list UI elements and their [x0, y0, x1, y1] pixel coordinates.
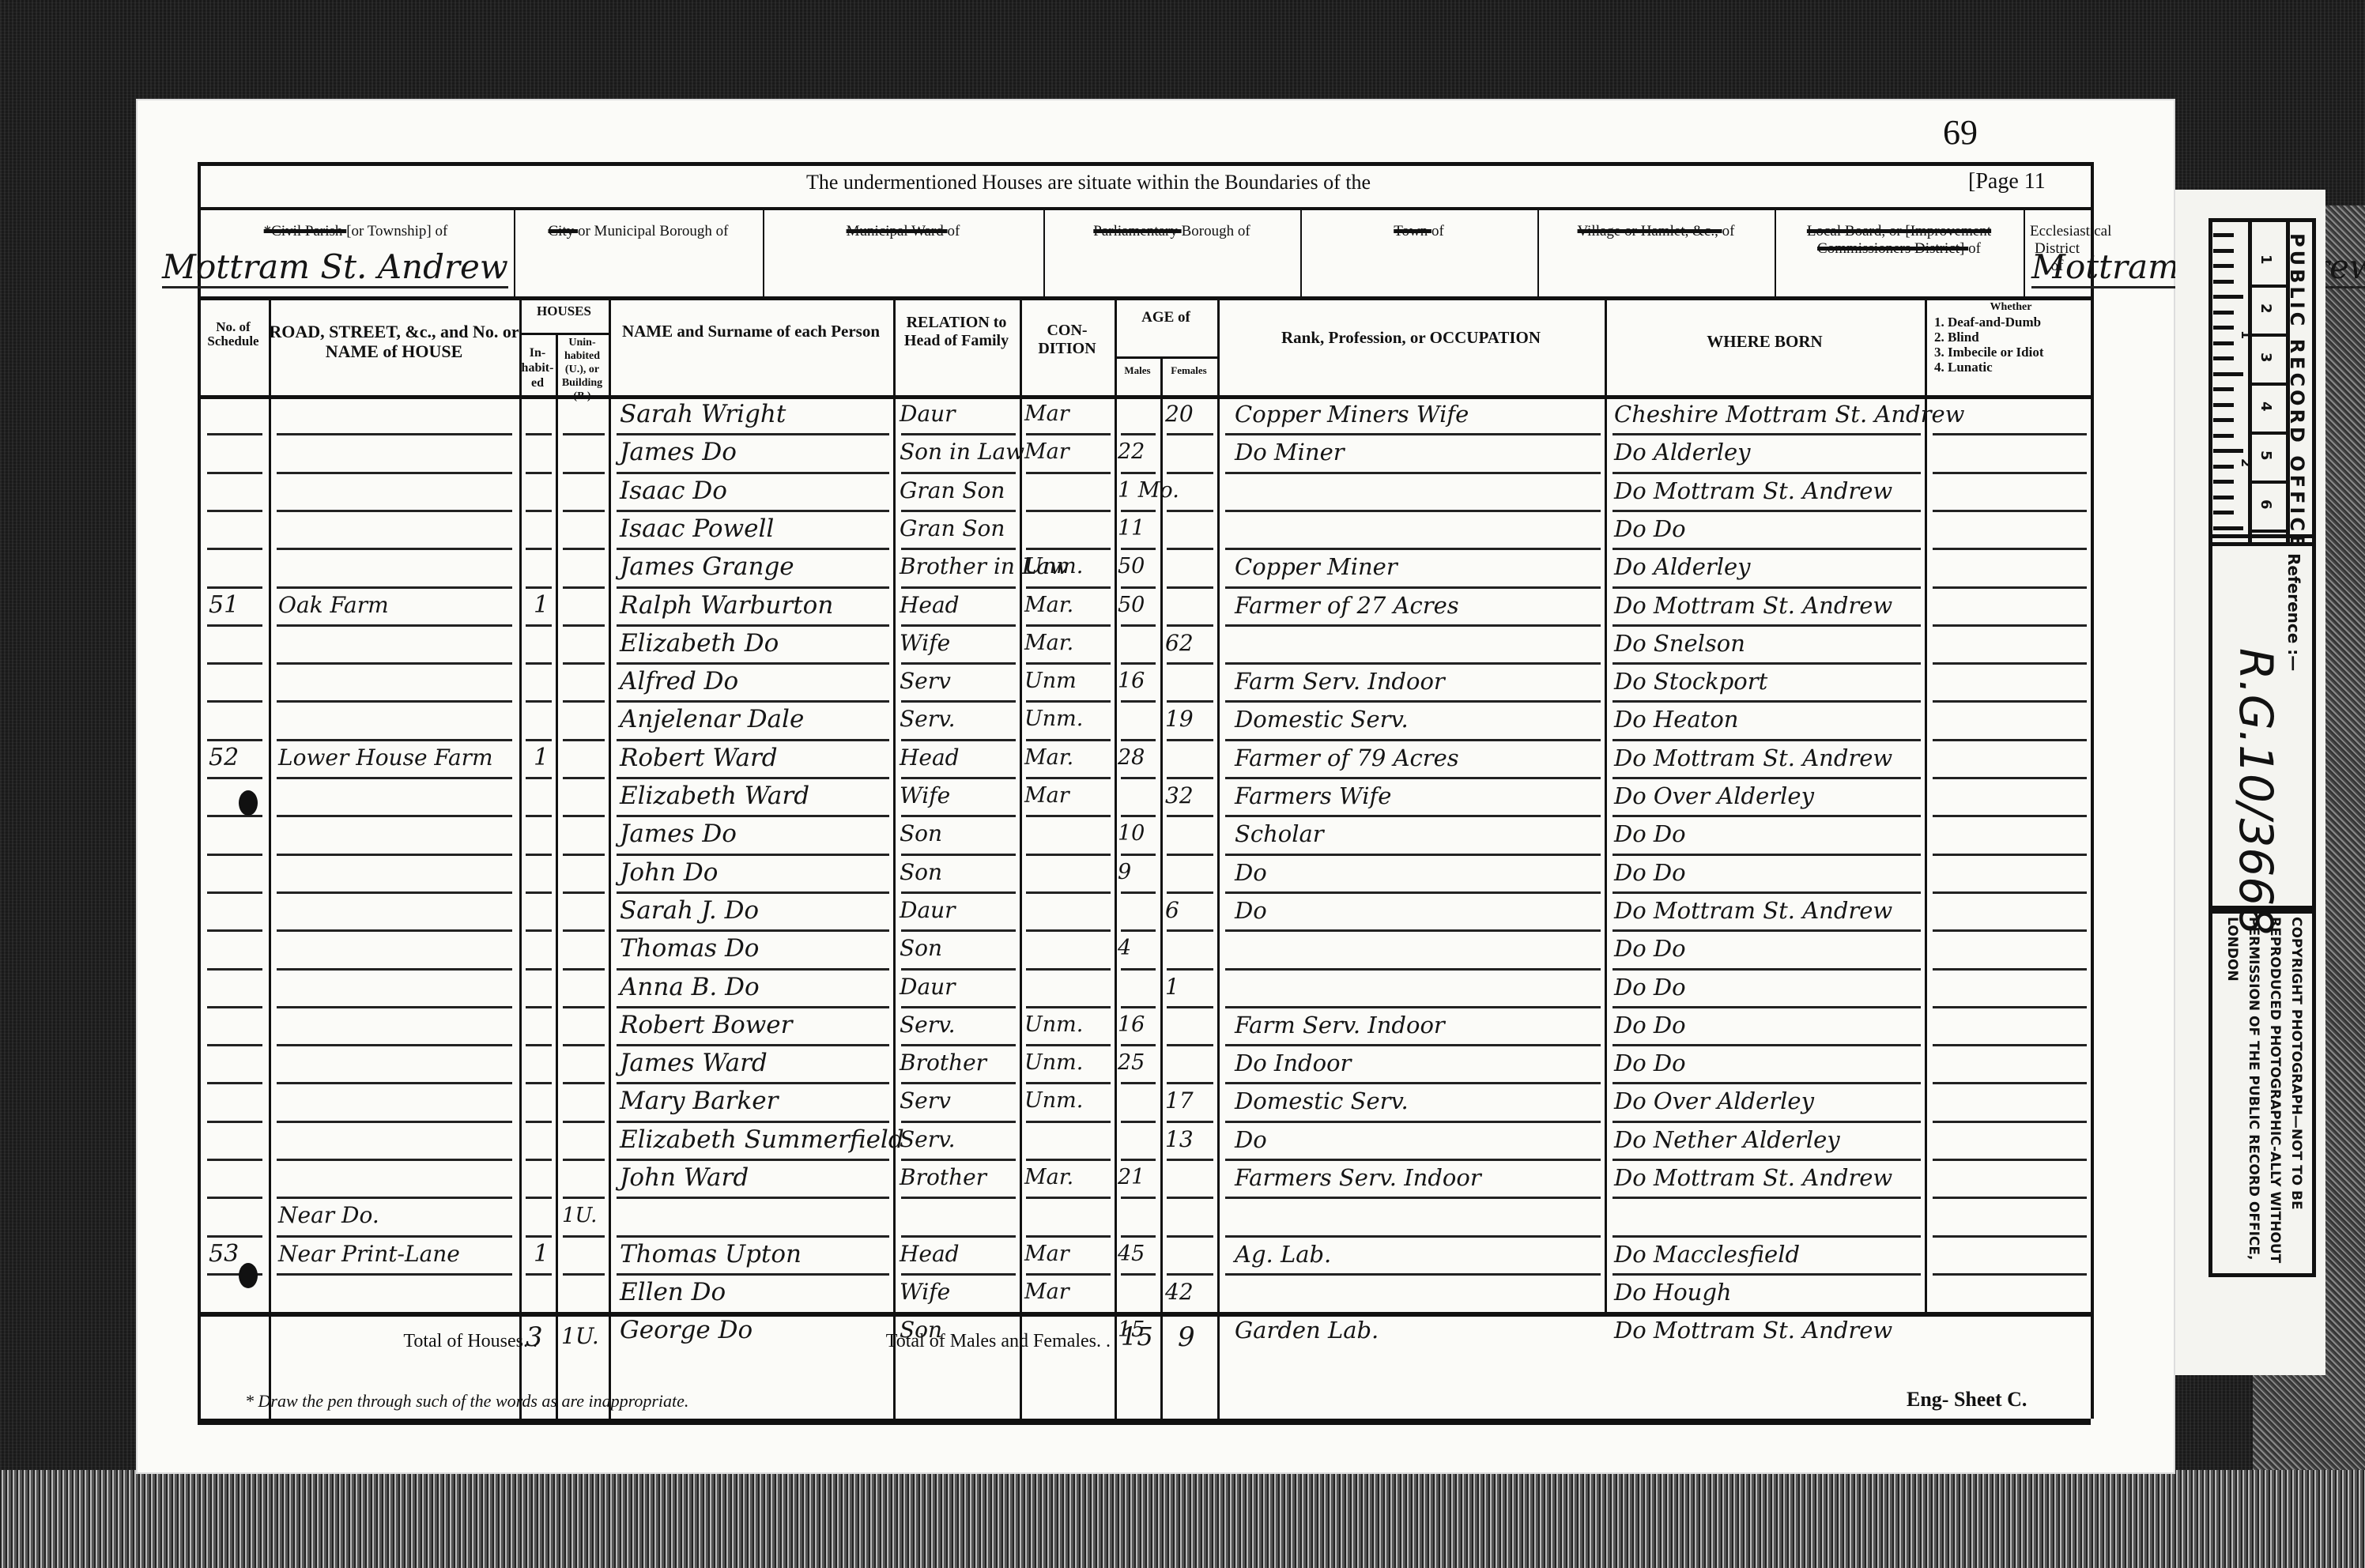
row-rule: [1121, 929, 1156, 932]
cell-where-born: Do Mottram St. Andrew: [1614, 742, 1892, 774]
rule: [1537, 207, 1539, 296]
row-rule: [1225, 1121, 1601, 1123]
cell-relation: Son: [900, 933, 942, 964]
row-rule: [901, 433, 1016, 435]
whether-title: Whether: [1934, 300, 2088, 315]
ruler-tick: [2213, 480, 2234, 484]
row-rule: [1933, 510, 2087, 512]
row-rule: [526, 1235, 552, 1238]
rule: [269, 296, 271, 1419]
row-rule: [617, 472, 889, 474]
row-rule: [526, 854, 552, 856]
cell-relation: Son: [900, 818, 942, 850]
row-rule: [563, 1235, 605, 1238]
ruler-tick: [2213, 356, 2234, 360]
row-rule: [526, 1082, 552, 1084]
row-rule: [1121, 739, 1156, 741]
row-rule: [1026, 929, 1111, 932]
ruler-tick: [2213, 249, 2234, 253]
row-rule: [1612, 510, 1921, 512]
cell-where-born: Do Over Alderley: [1614, 1085, 1814, 1117]
label: Borough of: [1182, 223, 1250, 239]
row-rule: [1167, 891, 1213, 894]
row-rule: [1167, 1044, 1213, 1046]
row-rule: [207, 815, 262, 817]
row-rule: [1026, 1006, 1111, 1008]
row-rule: [277, 1082, 512, 1084]
struck-label: Town: [1394, 223, 1431, 239]
cell-male-age: 16: [1118, 665, 1145, 697]
row-rule: [207, 1235, 262, 1238]
row-rule: [901, 548, 1016, 550]
cell-name: Alfred Do: [620, 665, 738, 697]
row-rule: [1933, 929, 2087, 932]
label: [or Township] of: [346, 223, 447, 239]
rule: [1115, 356, 1217, 359]
reference-label: Reference :—: [2284, 553, 2303, 671]
row-rule: [1612, 739, 1921, 741]
cell-condition: Unm.: [1024, 1009, 1083, 1041]
row-rule: [277, 739, 512, 741]
district-field-4: Town of: [1307, 223, 1531, 240]
row-rule: [277, 1235, 512, 1238]
cell-inhabited: 1: [534, 590, 549, 621]
cell-occupation: Garden Lab.: [1235, 1314, 1379, 1346]
row-rule: [207, 548, 262, 550]
cell-relation: Gran Son: [900, 475, 1005, 507]
cell-relation: Head: [900, 742, 960, 774]
cell-name: John Ward: [620, 1162, 749, 1193]
col-header-schedule: No. of Schedule: [198, 320, 269, 349]
cell-uninhabited: 1U.: [562, 1200, 597, 1231]
ruler-tick: [2213, 496, 2234, 499]
row-rule: [1121, 548, 1156, 550]
row-rule: [617, 1082, 889, 1084]
cell-where-born: Cheshire Mottram St. Andrew: [1614, 398, 1964, 430]
row-rule: [901, 662, 1016, 665]
district-field-6: Local Board, or [Improvement Commissione…: [1781, 223, 2017, 258]
row-rule: [207, 1044, 262, 1046]
cell-male-age: 1 Mo.: [1118, 475, 1179, 507]
row-rule: [1612, 777, 1921, 779]
row-rule: [901, 624, 1016, 627]
punch-hole: [239, 1263, 258, 1288]
struck-label: Village or Hamlet, &c.,: [1578, 223, 1722, 239]
row-rule: [207, 586, 262, 589]
row-rule: [617, 548, 889, 550]
row-rule: [1612, 472, 1921, 474]
cell-male-age: 10: [1118, 818, 1145, 850]
cell-where-born: Do Do: [1614, 513, 1686, 545]
row-rule: [563, 472, 605, 474]
row-rule: [1121, 586, 1156, 589]
total-persons-label: Total of Males and Females. .: [790, 1331, 1111, 1352]
row-rule: [1026, 739, 1111, 741]
row-rule: [563, 1121, 605, 1123]
label: of: [1968, 240, 1981, 257]
row-rule: [1225, 700, 1601, 703]
row-rule: [1612, 1235, 1921, 1238]
ruler-tick: [2213, 449, 2243, 453]
cell-name: Elizabeth Do: [620, 628, 779, 659]
row-rule: [526, 1044, 552, 1046]
row-rule: [1612, 586, 1921, 589]
row-rule: [1612, 815, 1921, 817]
row-rule: [1933, 891, 2087, 894]
cell-occupation: Farmer of 79 Acres: [1235, 742, 1459, 774]
row-rule: [1612, 854, 1921, 856]
ruler-tick: [2213, 526, 2243, 530]
cell-occupation: Domestic Serv.: [1235, 703, 1409, 735]
cell-relation: Serv.: [900, 1009, 956, 1041]
rule: [893, 296, 896, 1419]
cell-relation: Wife: [900, 780, 950, 812]
row-rule: [1167, 815, 1213, 817]
ruler-divider: [2250, 481, 2286, 484]
ruler-number: 1: [2257, 254, 2274, 265]
ruler-tick: [2213, 372, 2243, 376]
whether-item: 4. Lunatic: [1934, 360, 2088, 375]
row-rule: [277, 662, 512, 665]
row-rule: [277, 1159, 512, 1161]
rule: [609, 296, 611, 1419]
form-title: The undermentioned Houses are situate wi…: [806, 171, 1371, 194]
row-rule: [617, 662, 889, 665]
ruler-inch-number: 1: [2239, 330, 2254, 339]
ruler-inch-number: 2: [2239, 458, 2254, 467]
row-rule: [277, 929, 512, 932]
col-header-males: Males: [1115, 364, 1160, 377]
row-rule: [1121, 1006, 1156, 1008]
office-title: PUBLIC RECORD OFFICE: [2286, 233, 2308, 550]
row-rule: [277, 1121, 512, 1123]
cell-name: Robert Ward: [620, 742, 778, 774]
col-header-occupation: Rank, Profession, or OCCUPATION: [1217, 328, 1605, 347]
row-rule: [1225, 433, 1601, 435]
row-rule: [277, 1273, 512, 1276]
row-rule: [277, 624, 512, 627]
row-rule: [1225, 586, 1601, 589]
row-rule: [563, 433, 605, 435]
ruler-tick: [2213, 418, 2234, 422]
row-rule: [563, 777, 605, 779]
row-rule: [1612, 1197, 1921, 1199]
row-rule: [1026, 1197, 1111, 1199]
cell-road: Lower House Farm: [278, 742, 493, 774]
row-rule: [1933, 548, 2087, 550]
whether-item: 1. Deaf-and-Dumb: [1934, 315, 2088, 330]
row-rule: [901, 891, 1016, 894]
row-rule: [563, 510, 605, 512]
ruler-divider: [2250, 432, 2286, 435]
ruler-tick: [2213, 295, 2243, 299]
cell-name: John Do: [620, 857, 718, 888]
cell-female-age: 13: [1165, 1124, 1194, 1155]
cell-where-born: Do Alderley: [1614, 551, 1751, 582]
cell-where-born: Do Alderley: [1614, 436, 1751, 468]
row-rule: [207, 968, 262, 971]
row-rule: [1612, 1121, 1921, 1123]
row-rule: [563, 854, 605, 856]
row-rule: [277, 815, 512, 817]
row-rule: [1167, 1006, 1213, 1008]
row-rule: [1121, 433, 1156, 435]
cell-road: Near Do.: [278, 1200, 379, 1231]
cell-relation: Brother: [900, 1047, 986, 1079]
row-rule: [526, 472, 552, 474]
row-rule: [277, 1006, 512, 1008]
cell-occupation: Copper Miner: [1235, 551, 1397, 582]
struck-label: Local Board, or [Improvement Commissione…: [1807, 223, 1991, 257]
row-rule: [901, 777, 1016, 779]
row-rule: [1612, 1273, 1921, 1276]
row-rule: [1026, 1159, 1111, 1161]
row-rule: [1026, 624, 1111, 627]
row-rule: [1933, 777, 2087, 779]
row-rule: [1167, 929, 1213, 932]
district-field-1: City or Municipal Borough of: [520, 223, 756, 240]
cell-name: Sarah Wright: [620, 398, 786, 430]
rule: [519, 333, 609, 335]
row-rule: [1167, 433, 1213, 435]
row-rule: [207, 1006, 262, 1008]
row-rule: [1225, 624, 1601, 627]
row-rule: [1612, 662, 1921, 665]
row-rule: [526, 433, 552, 435]
rule: [2091, 162, 2094, 1419]
row-rule: [563, 700, 605, 703]
row-rule: [277, 700, 512, 703]
row-rule: [526, 510, 552, 512]
row-rule: [526, 1006, 552, 1008]
cell-condition: Unm.: [1024, 1085, 1083, 1117]
cell-occupation: Farmers Serv. Indoor: [1235, 1162, 1481, 1193]
col-header-inhabited: In-habit-ed: [519, 345, 556, 390]
cell-where-born: Do Mottram St. Andrew: [1614, 1314, 1892, 1346]
row-rule: [1026, 700, 1111, 703]
cell-schedule: 53: [209, 1238, 239, 1270]
cell-relation: Son: [900, 857, 942, 888]
cell-name: Sarah J. Do: [620, 895, 759, 926]
row-rule: [1026, 510, 1111, 512]
row-rule: [1225, 739, 1601, 741]
row-rule: [1612, 929, 1921, 932]
row-rule: [1225, 472, 1601, 474]
cell-condition: Unm.: [1024, 1047, 1083, 1079]
row-rule: [1167, 1121, 1213, 1123]
ruler-divider: [2250, 285, 2286, 288]
cell-male-age: 9: [1118, 857, 1131, 888]
cell-inhabited: 1: [534, 742, 549, 774]
rule: [198, 162, 2091, 166]
row-rule: [563, 968, 605, 971]
ruler-divider: [2250, 334, 2286, 337]
row-rule: [526, 624, 552, 627]
footnote: * Draw the pen through such of the words…: [245, 1391, 688, 1412]
row-rule: [1167, 1197, 1213, 1199]
row-rule: [563, 586, 605, 589]
row-rule: [617, 929, 889, 932]
punch-hole: [239, 790, 258, 816]
row-rule: [1933, 1121, 2087, 1123]
total-males: 15: [1121, 1321, 1153, 1351]
row-rule: [1933, 1273, 2087, 1276]
row-rule: [207, 1082, 262, 1084]
col-header-houses: HOUSES: [519, 304, 609, 318]
cell-female-age: 19: [1165, 703, 1194, 735]
cell-condition: Mar.: [1024, 590, 1073, 621]
cell-male-age: 22: [1118, 436, 1145, 468]
cell-condition: Mar.: [1024, 742, 1073, 774]
row-rule: [617, 854, 889, 856]
ruler-tick: [2213, 434, 2234, 438]
total-houses-label: Total of Houses. .: [316, 1331, 537, 1352]
row-rule: [1121, 1082, 1156, 1084]
cell-where-born: Do Do: [1614, 1047, 1686, 1079]
row-rule: [1612, 624, 1921, 627]
row-rule: [1026, 586, 1111, 589]
cell-male-age: 45: [1118, 1238, 1145, 1270]
district-value-0: Mottram St. Andrew: [162, 247, 508, 288]
cell-occupation: Ag. Lab.: [1235, 1238, 1331, 1270]
row-rule: [563, 815, 605, 817]
cell-where-born: Do Do: [1614, 971, 1686, 1003]
cell-occupation: Farm Serv. Indoor: [1235, 1009, 1445, 1041]
row-rule: [1225, 662, 1601, 665]
row-rule: [617, 1159, 889, 1161]
total-inhabited: 3: [526, 1321, 543, 1353]
row-rule: [617, 586, 889, 589]
cell-female-age: 32: [1165, 780, 1194, 812]
col-header-uninhabited: Unin-habited (U.), or Building (B.): [556, 336, 609, 403]
cell-name: Ellen Do: [620, 1276, 726, 1308]
row-rule: [901, 1082, 1016, 1084]
row-rule: [1167, 1082, 1213, 1084]
row-rule: [617, 891, 889, 894]
row-rule: [207, 1159, 262, 1161]
row-rule: [1167, 777, 1213, 779]
label: of: [1722, 223, 1735, 239]
cell-relation: Wife: [900, 1276, 950, 1308]
cell-condition: Mar: [1024, 436, 1069, 468]
row-rule: [617, 739, 889, 741]
rule: [519, 296, 522, 1419]
folio-number: 69: [1943, 112, 1978, 153]
page-label: [Page 11: [1968, 169, 2046, 194]
ruler-tick: [2213, 326, 2234, 330]
row-rule: [277, 472, 512, 474]
row-rule: [901, 1006, 1016, 1008]
cell-occupation: Farm Serv. Indoor: [1235, 665, 1445, 697]
row-rule: [1933, 624, 2087, 627]
whether-item: 2. Blind: [1934, 330, 2088, 345]
cell-female-age: 42: [1165, 1276, 1194, 1308]
row-rule: [1225, 891, 1601, 894]
row-rule: [277, 1044, 512, 1046]
row-rule: [901, 815, 1016, 817]
ruler-number: 5: [2257, 450, 2274, 461]
row-rule: [1026, 1044, 1111, 1046]
col-header-age: AGE of: [1115, 309, 1217, 326]
row-rule: [277, 854, 512, 856]
row-rule: [1121, 1197, 1156, 1199]
rule: [1775, 207, 1776, 296]
row-rule: [617, 777, 889, 779]
row-rule: [1612, 1044, 1921, 1046]
cell-relation: Head: [900, 590, 960, 621]
ruler-number: 6: [2257, 499, 2274, 510]
row-rule: [1121, 1235, 1156, 1238]
whether-item: 3. Imbecile or Idiot: [1934, 345, 2088, 360]
cell-where-born: Do Hough: [1614, 1276, 1732, 1308]
cell-where-born: Do Over Alderley: [1614, 780, 1814, 812]
sheet-label: Eng- Sheet C.: [1907, 1388, 2027, 1412]
ruler-number: 2: [2257, 303, 2274, 314]
cell-relation: Son in Law: [900, 436, 1024, 468]
row-rule: [1225, 1159, 1601, 1161]
ruler-tick: [2213, 511, 2234, 514]
row-rule: [526, 777, 552, 779]
row-rule: [1167, 1235, 1213, 1238]
row-rule: [617, 1044, 889, 1046]
cell-where-born: Do Do: [1614, 857, 1686, 888]
cell-relation: Daur: [900, 971, 956, 1003]
cell-where-born: Do Do: [1614, 818, 1686, 850]
cell-male-age: 50: [1118, 551, 1145, 582]
row-rule: [1933, 586, 2087, 589]
struck-label: *Civil Parish: [264, 223, 347, 239]
row-rule: [1121, 891, 1156, 894]
ruler-tick: [2213, 387, 2234, 391]
rule: [198, 207, 2091, 210]
row-rule: [1167, 700, 1213, 703]
row-rule: [1612, 700, 1921, 703]
row-rule: [277, 433, 512, 435]
row-rule: [1026, 854, 1111, 856]
row-rule: [901, 854, 1016, 856]
cell-name: Anna B. Do: [620, 971, 760, 1003]
row-rule: [1225, 815, 1601, 817]
row-rule: [563, 624, 605, 627]
cell-name: Anjelenar Dale: [620, 703, 804, 735]
row-rule: [1026, 891, 1111, 894]
row-rule: [1933, 968, 2087, 971]
cell-relation: Gran Son: [900, 513, 1005, 545]
cell-name: Elizabeth Summerfield: [620, 1124, 904, 1155]
rule: [198, 1419, 2091, 1425]
cell-relation: Daur: [900, 398, 956, 430]
row-rule: [1612, 548, 1921, 550]
row-rule: [1167, 1273, 1213, 1276]
row-rule: [617, 815, 889, 817]
row-rule: [1167, 1159, 1213, 1161]
row-rule: [901, 1273, 1016, 1276]
cell-where-born: Do Nether Alderley: [1614, 1124, 1840, 1155]
district-field-0: *Civil Parish [or Township] of: [204, 223, 507, 240]
row-rule: [207, 1197, 262, 1199]
rule: [556, 334, 558, 1419]
row-rule: [277, 891, 512, 894]
row-rule: [1121, 1121, 1156, 1123]
row-rule: [1167, 968, 1213, 971]
rule: [1115, 296, 1117, 1419]
row-rule: [901, 472, 1016, 474]
row-rule: [1612, 1082, 1921, 1084]
total-females: 9: [1178, 1321, 1195, 1353]
struck-label: City: [549, 223, 578, 239]
row-rule: [526, 548, 552, 550]
row-rule: [1026, 1273, 1111, 1276]
